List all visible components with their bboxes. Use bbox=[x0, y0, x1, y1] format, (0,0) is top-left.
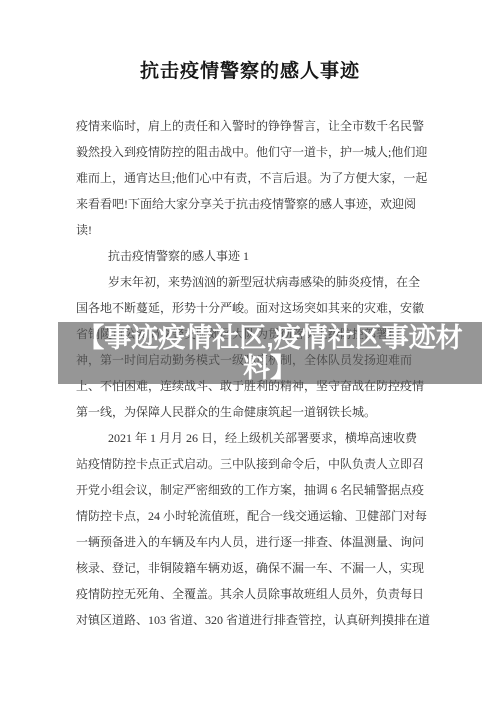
body-line: 岁末年初，来势汹汹的新型冠状病毒感染的肺炎疫情，在全 bbox=[76, 269, 424, 295]
body-line: 站疫情防控卡点正式启动。三中队接到命令后，中队负责人立即召 bbox=[76, 451, 424, 477]
body-line: 国各地不断蔓延，形势十分严峻。面对这场突如其来的灾难，安徽 bbox=[76, 295, 424, 321]
body-line: 难而上，通宵达旦;他们心中有责，不言后退。为了方便大家，一起 bbox=[76, 165, 424, 191]
body-line: 对镇区道路、103 省道、320 省道进行排查管控，认真研判摸排在道 bbox=[76, 607, 424, 633]
body-line: 抗击疫情警察的感人事迹 1 bbox=[76, 243, 424, 269]
body-line: 疫情来临时，肩上的责任和入警时的铮铮誓言，让全市数千名民警 bbox=[76, 113, 424, 139]
document-title: 抗击疫情警察的感人事迹 bbox=[0, 56, 500, 83]
body-line: 来看看吧!下面给大家分享关于抗击疫情警察的感人事迹，欢迎阅 bbox=[76, 191, 424, 217]
body-line: 第一线，为保障人民群众的生命健康筑起一道钢铁长城。 bbox=[76, 399, 424, 425]
body-line: 核录、登记，非铜陵籍车辆劝返，确保不漏一车、不漏一人，实现 bbox=[76, 555, 424, 581]
body-line: 2021 年 1 月月 26 日，经上级机关部署要求，横埠高速收费 bbox=[76, 425, 424, 451]
body-line: 开党小组会议，制定严密细致的工作方案，抽调 6 名民辅警据点疫 bbox=[76, 477, 424, 503]
body-line: 一辆预备进入的车辆及车内人员，进行逐一排查、体温测量、询问 bbox=[76, 529, 424, 555]
body-line: 疫情防控无死角、全覆盖。其余人员除事故班组人员外，负责每日 bbox=[76, 581, 424, 607]
body-line: 毅然投入到疫情防控的阻击战中。他们守一道卡，护一城人;他们迎 bbox=[76, 139, 424, 165]
body-line: 读! bbox=[76, 217, 424, 243]
body-line: 情防控卡点，24 小时轮流值班，配合一线交通运输、卫健部门对每 bbox=[76, 503, 424, 529]
watermark-overlay: 【事迹疫情社区,疫情社区事迹材料】 bbox=[58, 322, 482, 384]
watermark-text: 【事迹疫情社区,疫情社区事迹材料】 bbox=[58, 323, 482, 383]
document-page: 抗击疫情警察的感人事迹 疫情来临时，肩上的责任和入警时的铮铮誓言，让全市数千名民… bbox=[0, 0, 500, 706]
